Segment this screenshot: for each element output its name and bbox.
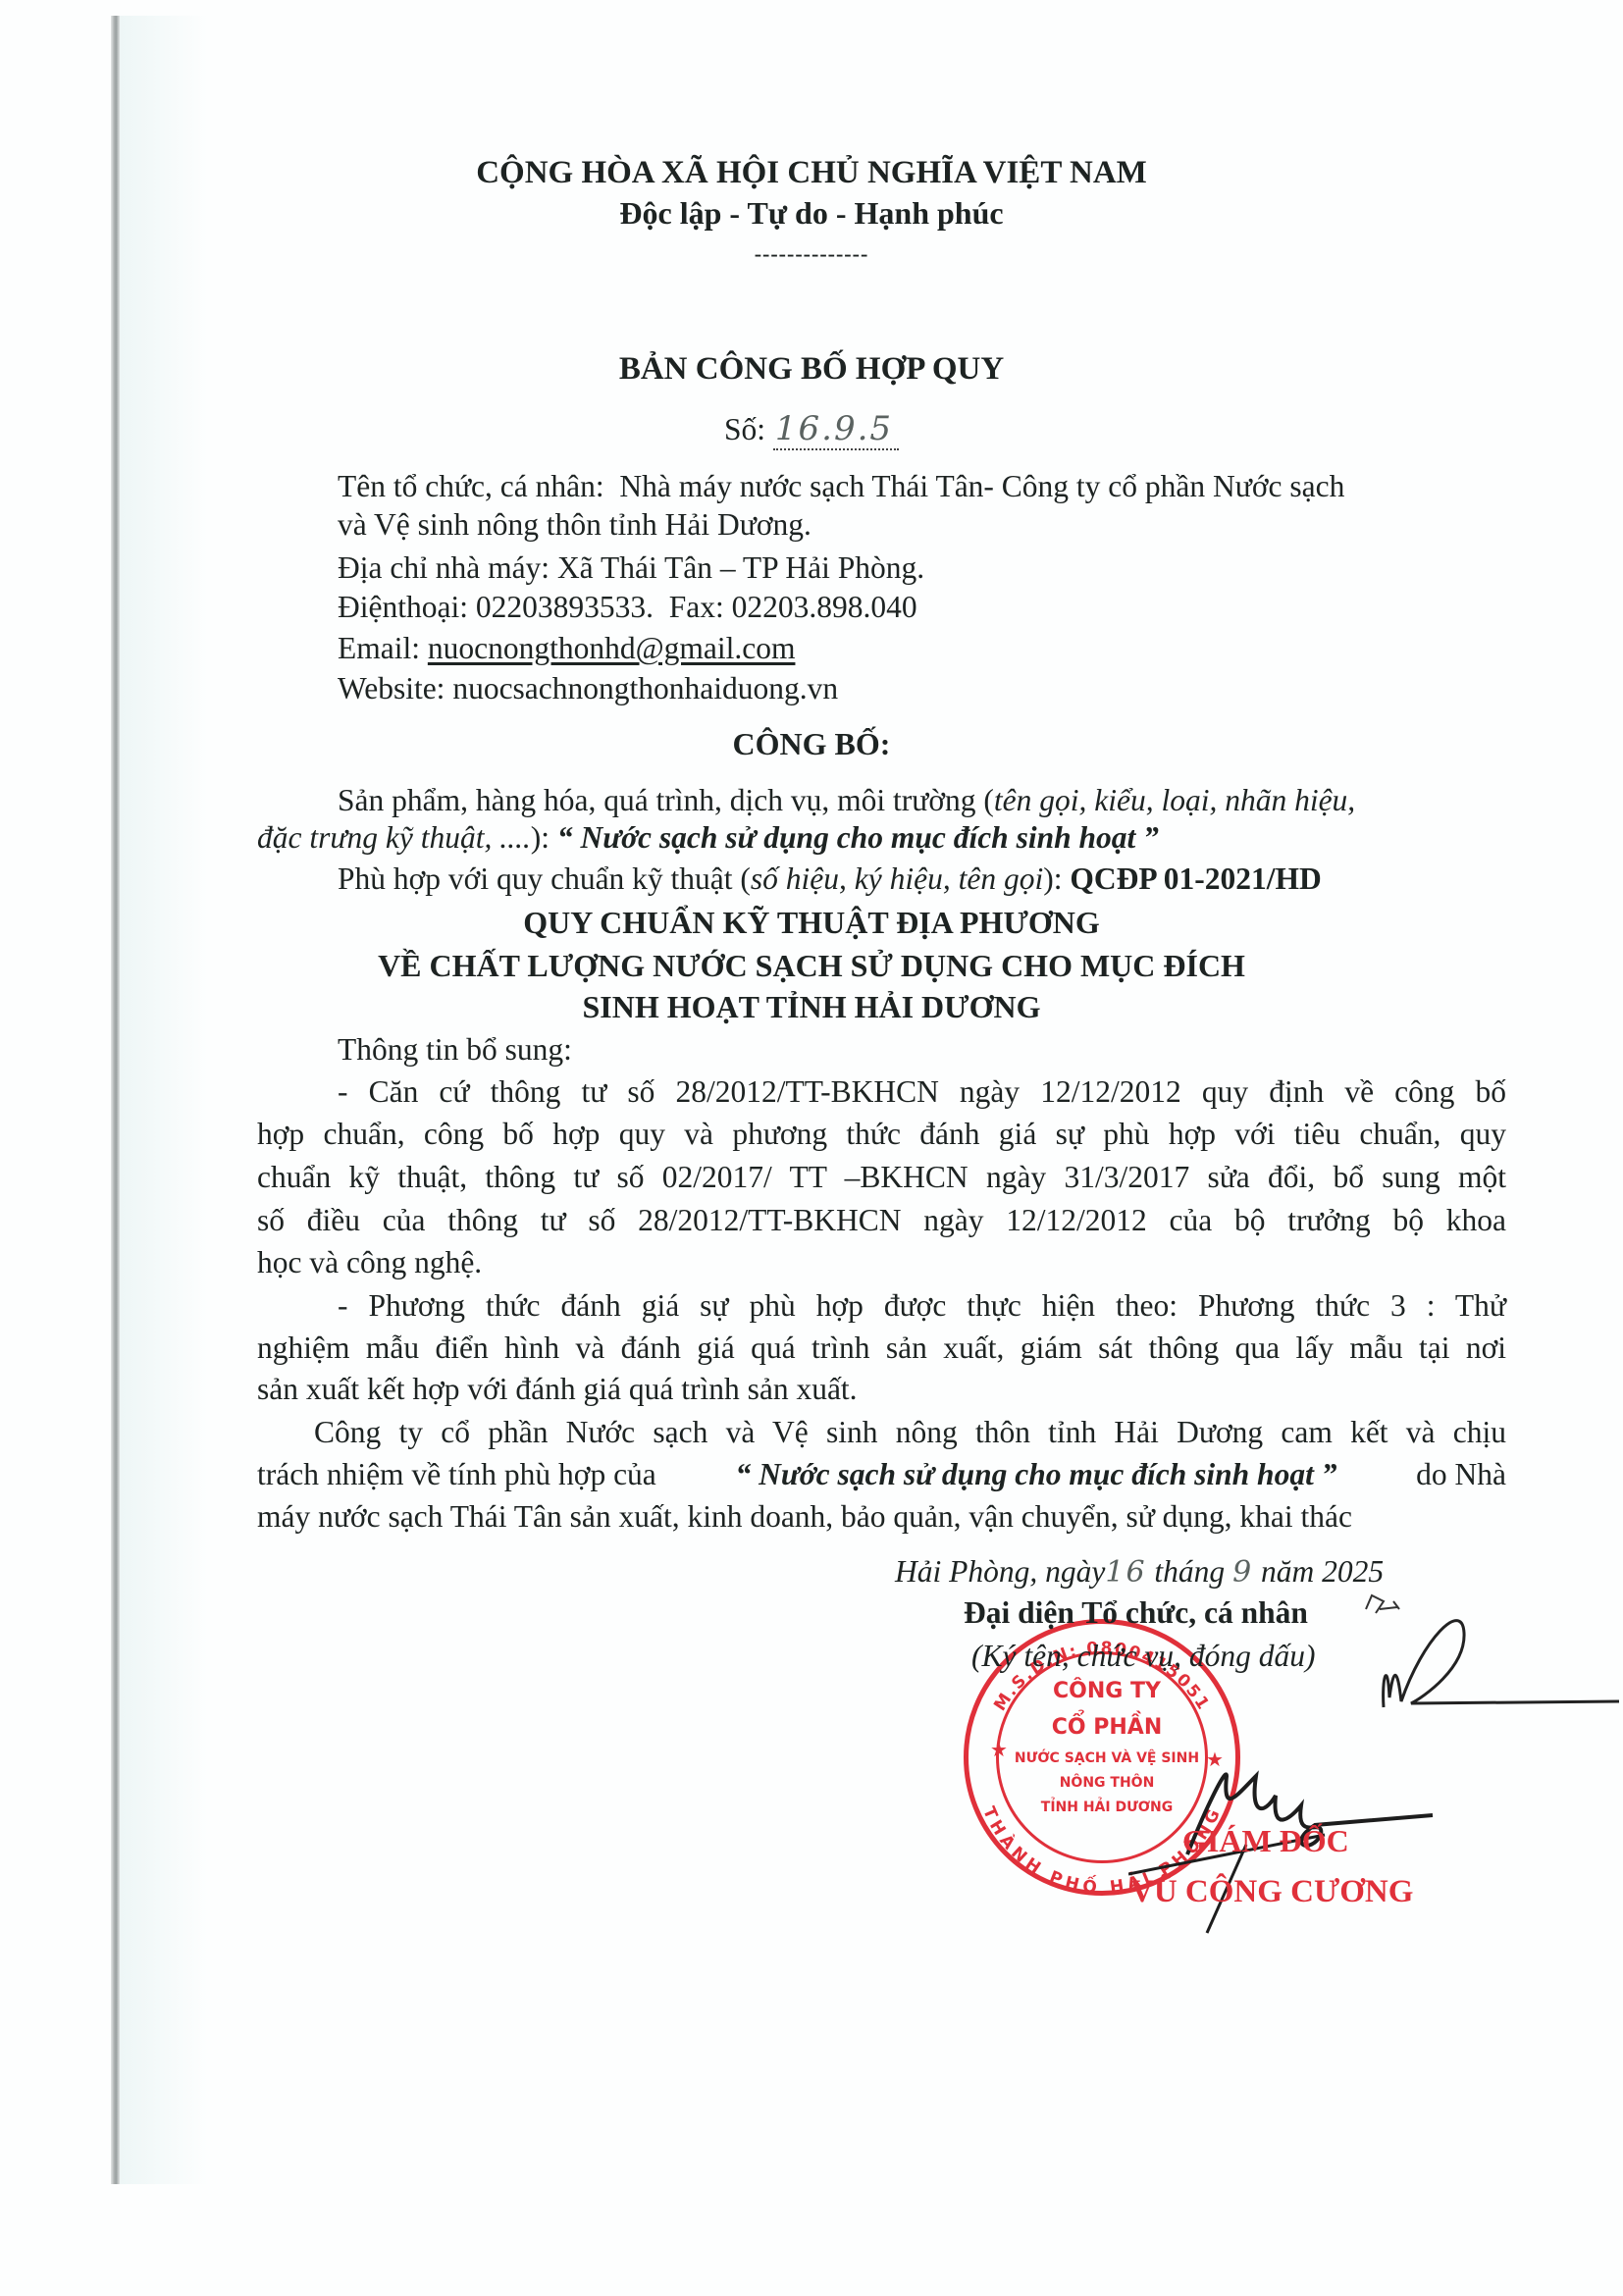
signer-name: VŨ CÔNG CƯƠNG bbox=[1130, 1876, 1413, 1908]
number-handwritten: 16.9.5 bbox=[773, 409, 899, 450]
org-name-continuation: và Vệ sinh nông thôn tỉnh Hải Dương. bbox=[338, 509, 811, 541]
para1-line-4: số điều của thông tư số 28/2012/TT-BKHCN… bbox=[257, 1205, 1506, 1236]
date-prefix: Hải Phòng, ngày bbox=[895, 1554, 1105, 1589]
country-heading: CỘNG HÒA XÃ HỘI CHỦ NGHĨA VIỆT NAM bbox=[0, 157, 1623, 189]
signing-instruction: (Ký tên, chức vụ, đóng dấu) bbox=[971, 1641, 1315, 1672]
website-row: Website: nuocsachnongthonhaiduong.vn bbox=[338, 673, 838, 704]
product-line-1: Sản phẩm, hàng hóa, quá trình, dịch vụ, … bbox=[338, 785, 1355, 816]
email-row: Email: nuocnongthonhd@gmail.com bbox=[338, 633, 795, 664]
product-hint-close: ): bbox=[531, 820, 550, 855]
phone-label: Điệnthoại: bbox=[338, 590, 468, 624]
contact-row: Điệnthoại: 02203893533. Fax: 02203.898.0… bbox=[338, 592, 917, 623]
scan-edge-line bbox=[111, 16, 120, 2184]
para1-line-2: hợp chuẩn, công bố hợp quy và phương thứ… bbox=[257, 1119, 1506, 1150]
director-title: GIÁM ĐỐC bbox=[1182, 1825, 1349, 1856]
additional-info-heading: Thông tin bổ sung: bbox=[338, 1034, 572, 1066]
address-row: Địa chỉ nhà máy: Xã Thái Tân – TP Hải Ph… bbox=[338, 552, 924, 584]
number-label: Số: bbox=[724, 412, 765, 446]
para2-line-3: sản xuất kết hợp với đánh giá quá trình … bbox=[257, 1374, 858, 1405]
product-prefix: Sản phẩm, hàng hóa, quá trình, dịch vụ, … bbox=[338, 783, 994, 817]
org-name-line: Tên tổ chức, cá nhân: Nhà máy nước sạch … bbox=[338, 471, 1344, 502]
phone-value: 02203893533. bbox=[476, 590, 654, 624]
product-line-2: đặc trưng kỹ thuật, ....): “ Nước sạch s… bbox=[257, 822, 1159, 854]
commitment-line-2: trách nhiệm về tính phù hợp của “ Nước s… bbox=[257, 1459, 1506, 1490]
standard-title-1: QUY CHUẨN KỸ THUẬT ĐỊA PHƯƠNG bbox=[0, 907, 1623, 938]
date-day-handwritten: 16 bbox=[1105, 1555, 1146, 1590]
document-title: BẢN CÔNG BỐ HỢP QUY bbox=[0, 353, 1623, 386]
org-name-label: Tên tổ chức, cá nhân: bbox=[338, 469, 604, 503]
initial-signature-icon bbox=[1354, 1580, 1623, 1737]
standard-line: Phù hợp với quy chuẩn kỹ thuật (số hiệu,… bbox=[338, 863, 1322, 895]
address-value: Xã Thái Tân – TP Hải Phòng. bbox=[557, 550, 924, 585]
product-hint: tên gọi, kiểu, loại, nhãn hiệu, bbox=[994, 783, 1355, 817]
fax-value: 02203.898.040 bbox=[732, 590, 917, 624]
standard-hint-close: ): bbox=[1043, 861, 1062, 896]
representative-label: Đại diện Tổ chức, cá nhân bbox=[964, 1597, 1308, 1629]
email-label: Email: bbox=[338, 631, 420, 665]
address-label: Địa chỉ nhà máy: bbox=[338, 550, 550, 585]
declaration-heading: CÔNG BỐ: bbox=[0, 728, 1623, 759]
document-number: Số: 16.9.5 bbox=[0, 412, 1623, 445]
standard-hint: số hiệu, ký hiệu, tên gọi bbox=[751, 861, 1043, 896]
commitment-line-1: Công ty cổ phần Nước sạch và Vệ sinh nôn… bbox=[314, 1417, 1506, 1448]
commitment-line-3: máy nước sạch Thái Tân sản xuất, kinh do… bbox=[257, 1501, 1352, 1533]
fax-label: Fax: bbox=[669, 590, 724, 624]
email-link[interactable]: nuocnongthonhd@gmail.com bbox=[428, 631, 796, 665]
commitment-prefix: trách nhiệm về tính phù hợp của bbox=[257, 1459, 656, 1490]
scan-shadow bbox=[120, 16, 208, 2184]
commitment-product: “ Nước sạch sử dụng cho mục đích sinh ho… bbox=[735, 1459, 1336, 1490]
standard-title-2: VỀ CHẤT LƯỢNG NƯỚC SẠCH SỬ DỤNG CHO MỤC … bbox=[0, 950, 1623, 981]
standard-title-3: SINH HOẠT TỈNH HẢI DƯƠNG bbox=[0, 991, 1623, 1022]
place-date: Hải Phòng, ngày16 tháng 9 năm 2025 bbox=[895, 1556, 1384, 1588]
product-hint-cont: đặc trưng kỹ thuật, .... bbox=[257, 820, 531, 855]
motto: Độc lập - Tự do - Hạnh phúc bbox=[0, 197, 1623, 229]
standard-prefix: Phù hợp với quy chuẩn kỹ thuật ( bbox=[338, 861, 751, 896]
standard-code: QCĐP 01-2021/HD bbox=[1070, 861, 1321, 896]
para2-line-1: - Phương thức đánh giá sự phù hợp được t… bbox=[338, 1290, 1506, 1322]
commitment-suffix: do Nhà bbox=[1416, 1459, 1506, 1490]
para1-line-3: chuẩn kỹ thuật, thông tư số 02/2017/ TT … bbox=[257, 1162, 1506, 1193]
product-name: “ Nước sạch sử dụng cho mục đích sinh ho… bbox=[557, 820, 1159, 855]
org-name-value: Nhà máy nước sạch Thái Tân- Công ty cổ p… bbox=[619, 469, 1344, 503]
date-month-label: tháng bbox=[1154, 1554, 1225, 1589]
header-separator: -------------- bbox=[0, 243, 1623, 265]
para2-line-2: nghiệm mẫu điển hình và đánh giá quá trì… bbox=[257, 1332, 1506, 1364]
website-label: Website: bbox=[338, 671, 445, 705]
stamp-line-1: CÔNG TY bbox=[969, 1681, 1245, 1702]
para1-line-5: học và công nghệ. bbox=[257, 1247, 482, 1278]
date-month-handwritten: 9 bbox=[1232, 1555, 1253, 1590]
website-value: nuocsachnongthonhaiduong.vn bbox=[452, 671, 838, 705]
para1-line-1: - Căn cứ thông tư số 28/2012/TT-BKHCN ng… bbox=[338, 1076, 1506, 1108]
